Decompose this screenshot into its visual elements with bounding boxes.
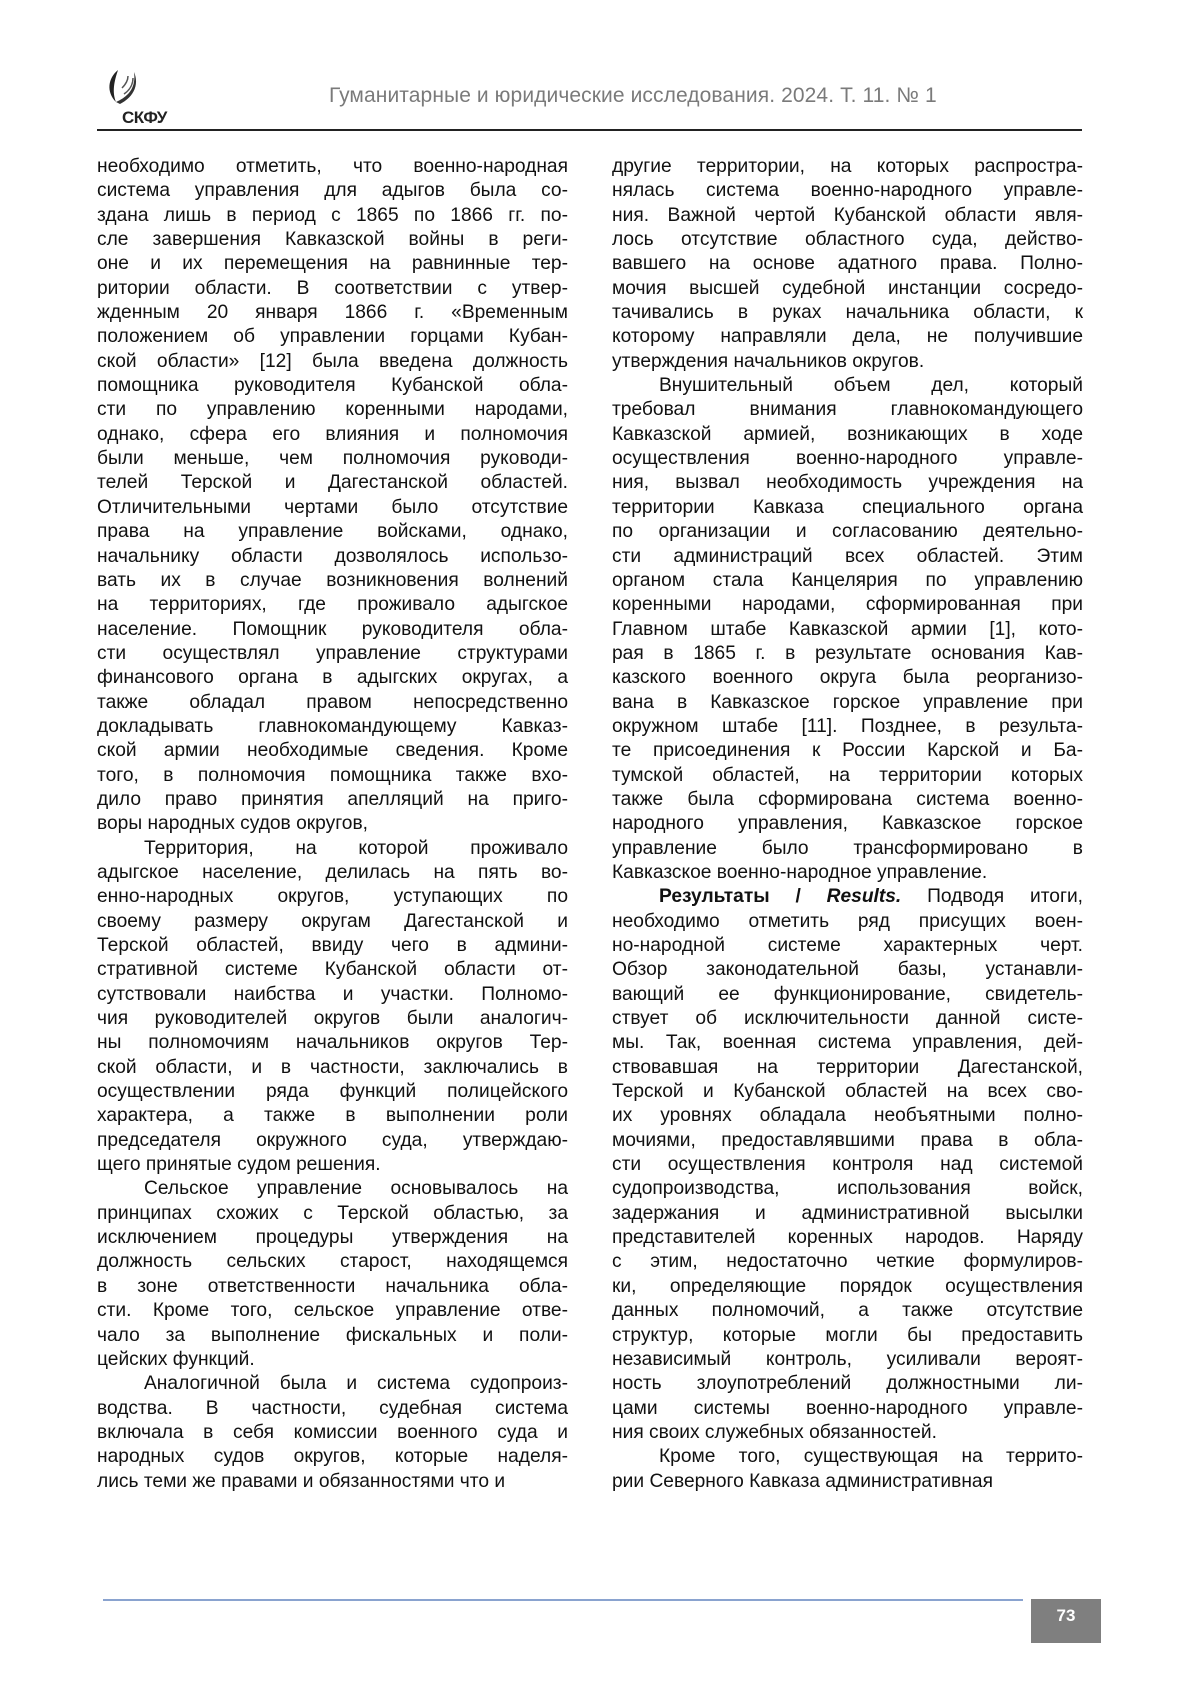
text-line: ность злоупотреблений должностными ли- [612,1372,1083,1396]
text-line: Главном штабе Кавказской армии [1], кото… [612,618,1083,642]
footer-divider [103,1599,1023,1601]
text-line: органом стала Канцелярия по управлению [612,569,1083,593]
text-line: окружном штабе [11]. Позднее, в результа… [612,715,1083,739]
text-line: Отличительными чертами было отсутствие [97,496,568,520]
text-line: здана лишь в период с 1865 по 1866 гг. п… [97,204,568,228]
text-line: также обладал правом непосредственно [97,691,568,715]
text-line: своему размеру округам Дагестанской и [97,910,568,934]
text-line: Результаты / Results. Подводя итоги, [612,885,1083,909]
text-line: ской армии необходимые сведения. Кроме [97,739,568,763]
text-line: необходимо отметить ряд присущих воен- [612,910,1083,934]
text-line: другие территории, на которых распростра… [612,155,1083,179]
text-line: Обзор законодательной базы, устанавли- [612,958,1083,982]
text-line: Терской и Кубанской областей на всех сво… [612,1080,1083,1104]
text-line: требовал внимания главнокомандующего [612,398,1083,422]
text-line: принципах схожих с Терской областью, за [97,1202,568,1226]
text-line: телей Терской и Дагестанской областей. [97,471,568,495]
text-line: представителей коренных народов. Наряду [612,1226,1083,1250]
text-line: Внушительный объем дел, который [612,374,1083,398]
text-line: Кавказское военно-народное управление. [612,861,1083,885]
text-line: в зоне ответственности начальника обла- [97,1275,568,1299]
logo-text: СКФУ [122,108,167,128]
text-line: осуществлении ряда функций полицейского [97,1080,568,1104]
text-line: вающий ее функционирование, свидетель- [612,983,1083,1007]
text-line: тачивались в руках начальника области, к [612,301,1083,325]
text-line: коренными народами, сформированная при [612,593,1083,617]
text-line: по организации и согласованию деятельно- [612,520,1083,544]
section-heading-en: Results. [827,886,902,907]
left-column: необходимо отметить, что военно-народная… [97,155,568,1494]
text-line: Кавказской армией, возникающих в ходе [612,423,1083,447]
text-line: Сельское управление основывалось на [97,1177,568,1201]
text-line: территории Кавказа специального органа [612,496,1083,520]
text-line: цейских функций. [97,1348,568,1372]
right-column: другие территории, на которых распростра… [612,155,1083,1494]
text-line: ны полномочиям начальников округов Тер- [97,1031,568,1055]
text-line: но-народной системе характерных черт. [612,934,1083,958]
text-line: должность сельских старост, находящемся [97,1250,568,1274]
text-line: ки, определяющие порядок осуществления [612,1275,1083,1299]
text-line: данных полномочий, а также отсутствие [612,1299,1083,1323]
text-line: помощника руководителя Кубанской обла- [97,374,568,398]
text-line: положением об управлении горцами Кубан- [97,325,568,349]
text-line: были меньше, чем полномочия руководи- [97,447,568,471]
text-line: казского военного округа была реорганизо… [612,666,1083,690]
text-line: сутствовали наибства и участки. Полномо- [97,983,568,1007]
text-line: Аналогичной была и система судопроиз- [97,1372,568,1396]
text-line: лось отсутствие областного суда, действо… [612,228,1083,252]
text-line: однако, сфера его влияния и полномочия [97,423,568,447]
section-heading: Результаты [659,886,770,907]
text-line: утверждения начальников округов. [612,350,1083,374]
text-line: включала в себя комиссии военного суда и [97,1421,568,1445]
text-line: докладывать главнокомандующему Кавказ- [97,715,568,739]
text-line: того, в полномочия помощника также вхо- [97,764,568,788]
text-line: председателя окружного суда, утверждаю- [97,1129,568,1153]
text-line: управление было трансформировано в [612,837,1083,861]
text-line: вавшего на основе адатного права. Полно- [612,252,1083,276]
text-line: задержания и административной высылки [612,1202,1083,1226]
text-line: енно-народных округов, уступающих по [97,885,568,909]
text-line: ния, вызвал необходимость учреждения на [612,471,1083,495]
journal-title: Гуманитарные и юридические исследования.… [329,84,937,108]
text-line: необходимо отметить, что военно-народная [97,155,568,179]
text-line: народных судов округов, которые наделя- [97,1445,568,1469]
text-line: система управления для адыгов была со- [97,179,568,203]
text-line: рая в 1865 г. в результате основания Кав… [612,642,1083,666]
text-line: исключением процедуры утверждения на [97,1226,568,1250]
text-line: на территориях, где проживало адыгское [97,593,568,617]
text-line: ствовавшая на территории Дагестанской, [612,1056,1083,1080]
text-line: цами системы военно-народного управле- [612,1397,1083,1421]
page-header: СКФУ Гуманитарные и юридические исследов… [97,58,1082,130]
text-line: сти администраций всех областей. Этим [612,545,1083,569]
text-line: те присоединения к России Карской и Ба- [612,739,1083,763]
text-line: мочиями, предоставлявшими права в обла- [612,1129,1083,1153]
text-line: Кроме того, существующая на террито- [612,1445,1083,1469]
text-line: независимый контроль, усиливали вероят- [612,1348,1083,1372]
text-line: население. Помощник руководителя обла- [97,618,568,642]
text-line: вать их в случае возникновения волнений [97,569,568,593]
text-line: характера, а также в выполнении роли [97,1104,568,1128]
text-line: ской области, и в частности, заключались… [97,1056,568,1080]
text-line: мочия высшей судебной инстанции сосредо- [612,277,1083,301]
text-line: структур, которые могли бы предоставить [612,1324,1083,1348]
text-line: ритории области. В соответствии с утвер- [97,277,568,301]
text-line: ской области» [12] была введена должност… [97,350,568,374]
text-line: рии Северного Кавказа административная [612,1470,1083,1494]
text-line: ствует об исключительности данной систе- [612,1007,1083,1031]
text-line: ния. Важной чертой Кубанской области явл… [612,204,1083,228]
university-logo: СКФУ [100,68,180,126]
text-line: воры народных судов округов, [97,812,568,836]
text-line: народного управления, Кавказское горское [612,812,1083,836]
text-line: Терской областей, ввиду чего в админи- [97,934,568,958]
header-divider [97,129,1082,131]
text-line: Территория, на которой проживало [97,837,568,861]
text-line: дило право принятия апелляций на приго- [97,788,568,812]
text-line: сти осуществления контроля над системой [612,1153,1083,1177]
text-line: сти осуществлял управление структурами [97,642,568,666]
text-line: чия руководителей округов были аналогич- [97,1007,568,1031]
text-line: чало за выполнение фискальных и поли- [97,1324,568,1348]
text-line: нялась система военно-народного управле- [612,179,1083,203]
text-line: судопроизводства, использования войск, [612,1177,1083,1201]
text-line: вана в Кавказское горское управление при [612,691,1083,715]
text-line: осуществления военно-народного управле- [612,447,1083,471]
text-line: права на управление войсками, однако, [97,520,568,544]
text-line: также была сформирована система военно- [612,788,1083,812]
text-line: лись теми же правами и обязанностями что… [97,1470,568,1494]
text-line: мы. Так, военная система управления, дей… [612,1031,1083,1055]
text-line: ния своих служебных обязанностей. [612,1421,1083,1445]
text-line: стративной системе Кубанской области от- [97,958,568,982]
wing-icon [106,68,146,112]
text-line: жденным 20 января 1866 г. «Временным [97,301,568,325]
text-line: оне и их перемещения на равнинные тер- [97,252,568,276]
text-run: Подводя итоги, [901,886,1083,907]
text-line: начальнику области дозволялось использо- [97,545,568,569]
text-line: водства. В частности, судебная система [97,1397,568,1421]
text-line: с этим, недостаточно четкие формулиров- [612,1250,1083,1274]
heading-separator: / [770,886,827,907]
text-line: щего принятые судом решения. [97,1153,568,1177]
text-line: которому направляли дела, не получившие [612,325,1083,349]
text-line: сти по управлению коренными народами, [97,398,568,422]
page-number-badge: 73 [1031,1599,1101,1643]
text-line: тумской областей, на территории которых [612,764,1083,788]
text-line: сле завершения Кавказской войны в реги- [97,228,568,252]
text-line: финансового органа в адыгских округах, а [97,666,568,690]
text-line: их уровнях обладала необъятными полно- [612,1104,1083,1128]
text-line: сти. Кроме того, сельское управление отв… [97,1299,568,1323]
text-line: адыгское население, делилась на пять во- [97,861,568,885]
